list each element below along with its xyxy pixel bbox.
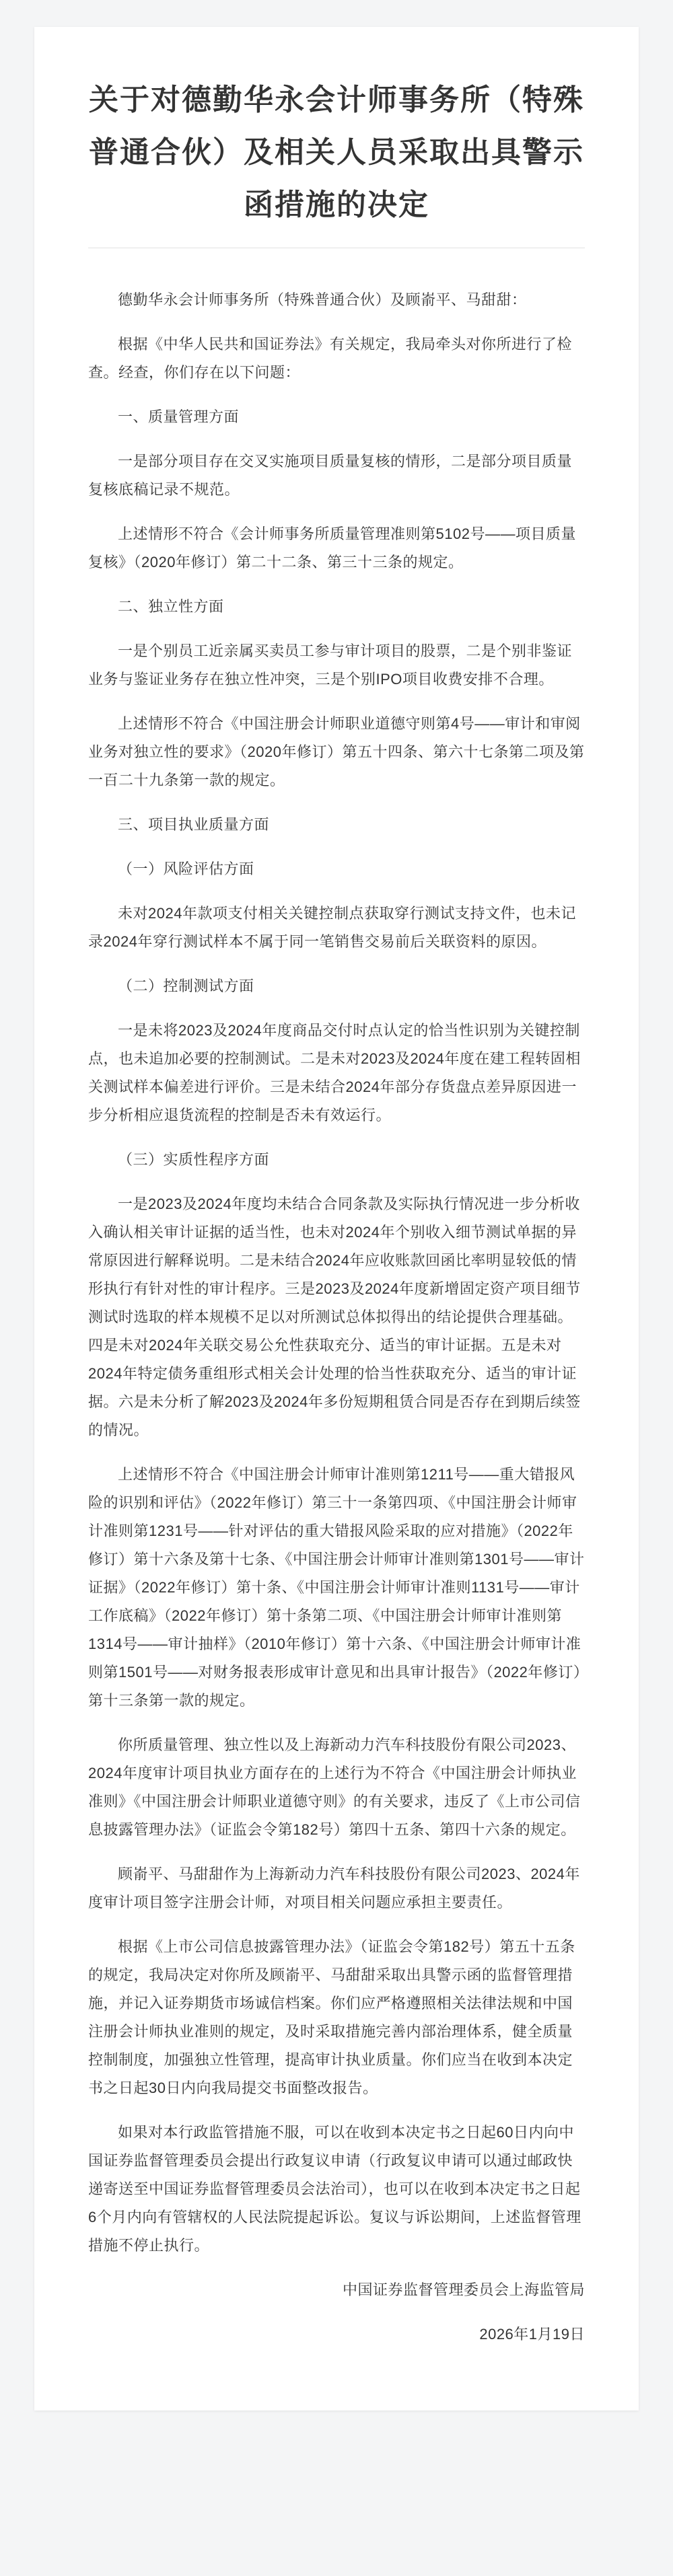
subsection-heading: （三）实质性程序方面 [88,1146,585,1174]
section-heading: 三、项目执业质量方面 [88,811,585,839]
paragraph: 上述情形不符合《中国注册会计师职业道德守则第4号——审计和审阅业务对独立性的要求… [88,710,585,795]
paragraph: 一是个别员工近亲属买卖员工参与审计项目的股票，二是个别非鉴证业务与鉴证业务存在独… [88,637,585,694]
paragraph: 一是部分项目存在交叉实施项目质量复核的情形，二是部分项目质量复核底稿记录不规范。 [88,447,585,504]
subsection-heading: （二）控制测试方面 [88,972,585,1000]
title-divider [88,248,585,248]
salutation: 德勤华永会计师事务所（特殊普通合伙）及顾嵛平、马甜甜： [88,286,585,314]
subsection-heading: （一）风险评估方面 [88,855,585,883]
section-heading: 二、独立性方面 [88,593,585,621]
document-body: 德勤华永会计师事务所（特殊普通合伙）及顾嵛平、马甜甜： 根据《中华人民共和国证券… [88,286,585,2349]
page-background: 关于对德勤华永会计师事务所（特殊普通合伙）及相关人员采取出具警示函措施的决定 德… [0,0,673,2576]
paragraph: 顾嵛平、马甜甜作为上海新动力汽车科技股份有限公司2023、2024年度审计项目签… [88,1860,585,1917]
paragraph: 根据《中华人民共和国证券法》有关规定，我局牵头对你所进行了检查。经查，你们存在以… [88,330,585,387]
signature-org: 中国证券监督管理委员会上海监管局 [88,2276,585,2304]
paragraph: 一是未将2023及2024年度商品交付时点认定的恰当性识别为关键控制点，也未追加… [88,1017,585,1130]
paragraph: 你所质量管理、独立性以及上海新动力汽车科技股份有限公司2023、2024年度审计… [88,1731,585,1844]
paragraph: 上述情形不符合《会计师事务所质量管理准则第5102号——项目质量复核》（2020… [88,520,585,577]
document-card: 关于对德勤华永会计师事务所（特殊普通合伙）及相关人员采取出具警示函措施的决定 德… [34,27,639,2411]
paragraph: 一是2023及2024年度均未结合合同条款及实际执行情况进一步分析收入确认相关审… [88,1190,585,1444]
document-title: 关于对德勤华永会计师事务所（特殊普通合伙）及相关人员采取出具警示函措施的决定 [88,74,585,231]
paragraph: 根据《上市公司信息披露管理办法》（证监会令第182号）第五十五条的规定，我局决定… [88,1933,585,2102]
paragraph: 如果对本行政监管措施不服，可以在收到本决定书之日起60日内向中国证券监督管理委员… [88,2119,585,2260]
signature-date: 2026年1月19日 [88,2320,585,2349]
section-heading: 一、质量管理方面 [88,403,585,431]
paragraph: 上述情形不符合《中国注册会计师审计准则第1211号——重大错报风险的识别和评估》… [88,1461,585,1715]
paragraph: 未对2024年款项支付相关关键控制点获取穿行测试支持文件，也未记录2024年穿行… [88,899,585,956]
